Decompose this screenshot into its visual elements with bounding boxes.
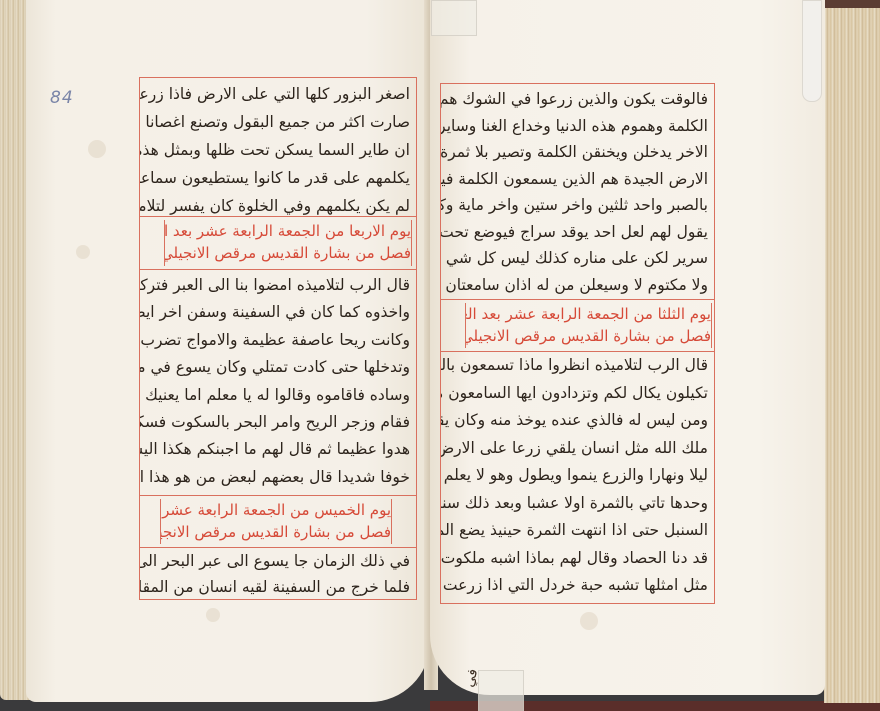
right-text-frame: فالوقت يكون والذين زرعوا في الشوك هم الذ… — [440, 83, 715, 604]
text-line: الكلمة وهموم هذه الدنيا وخداع الغنا وساي… — [441, 113, 714, 140]
left-rubric-1: يوم الاربعا من الجمعة الرابعة عشر بعد ال… — [140, 216, 416, 270]
text-line: ان طاير السما يسكن تحت ظلها وبمثل هذه ال… — [140, 136, 416, 164]
left-text-frame: اصغر البزور كلها التي على الارض فاذا زرع… — [139, 77, 417, 600]
paper-stain — [206, 608, 220, 622]
text-line: ليلا ونهارا والزرع ينموا ويطول وهو لا يع… — [441, 462, 714, 490]
bookmark-tab — [802, 0, 822, 102]
text-line: وحدها تاتي بالثمرة اولا عشبا وبعد ذلك سن… — [441, 490, 714, 518]
text-line: الارض الجيدة هم الذين يسمعون الكلمة فيقب… — [441, 166, 714, 193]
left-section-1: اصغر البزور كلها التي على الارض فاذا زرع… — [140, 80, 416, 220]
text-line: صارت اكثر من جميع البقول وتصنع اغصانا عظ… — [140, 108, 416, 136]
repair-tape-bottom — [478, 670, 524, 711]
right-section-1: فالوقت يكون والذين زرعوا في الشوك هم الذ… — [441, 86, 714, 298]
paper-stain — [580, 612, 598, 630]
text-line: وساده فاقاموه وقالوا له يا معلم اما يعني… — [140, 382, 416, 409]
text-line: قال الرب لتلاميذه امضوا بنا الى العبر فت… — [140, 272, 416, 299]
right-page-edges — [824, 8, 880, 703]
repair-tape-top — [431, 0, 477, 36]
left-rubric-2: يوم الخميس من الجمعة الرابعة عشر بعد الع… — [140, 495, 416, 548]
rubric-subheading: فصل من بشارة القديس مرقص الانجيلي — [161, 521, 391, 543]
text-line: تكيلون يكال لكم وتزدادون ايها السامعون م… — [441, 380, 714, 408]
right-rubric-1: يوم الثلثا من الجمعة الرابعة عشر بعد الع… — [441, 299, 714, 352]
right-section-2: قال الرب لتلاميذه انظروا ماذا تسمعون بال… — [441, 352, 714, 600]
text-line: بالصبر واحد ثلثين واخر ستين واخر ماية وك… — [441, 192, 714, 219]
text-line: اصغر البزور كلها التي على الارض فاذا زرع… — [140, 80, 416, 108]
text-line: في ذلك الزمان جا يسوع الى عبر البحر الى … — [140, 548, 416, 574]
text-line: سرير لكن على مناره كذلك ليس كل شي خفي لا… — [441, 245, 714, 272]
text-line: وكانت ريحا عاصفة عظيمة والامواج تضرب الس… — [140, 327, 416, 354]
text-line: فلما خرج من السفينة لقيه انسان من المقاب… — [140, 574, 416, 600]
text-line: يكلمهم على قدر ما كانوا يستطيعون سماعه و… — [140, 164, 416, 192]
text-line: قد دنا الحصاد وقال لهم بماذا اشبه ملكوت … — [441, 545, 714, 573]
text-line: يقول لهم لعل احد يوقد سراج فيوضع تحت مكي… — [441, 219, 714, 246]
text-line: ومن ليس له فالذي عنده يوخذ منه وكان يقول… — [441, 407, 714, 435]
manuscript-spread: 84 في اصغر البزور كلها التي على الارض فا… — [0, 0, 880, 711]
text-line: مثل امثلها تشبه حبة خردل التي اذا زرعت ع… — [441, 572, 714, 600]
rubric-subheading: فصل من بشارة القديس مرقص الانجيلي — [466, 325, 711, 347]
paper-stain — [88, 140, 106, 158]
text-line: هدوا عظيما ثم قال لهم ما اجبنكم هكذا الي… — [140, 436, 416, 463]
left-section-3: في ذلك الزمان جا يسوع الى عبر البحر الى … — [140, 548, 416, 600]
text-line: ولا مكتوم لا وسيعلن من له اذان سامعتان ف… — [441, 272, 714, 299]
rubric-heading: يوم الخميس من الجمعة الرابعة عشر بعد الع… — [161, 499, 391, 521]
text-line: السنبل حتى اذا انتهت الثمرة حينيذ يضع ال… — [441, 517, 714, 545]
text-line: واخذوه كما كان في السفينة وسفن اخر ايضا … — [140, 299, 416, 326]
text-line: فقام وزجر الريح وامر البحر بالسكوت فسكن … — [140, 409, 416, 436]
text-line: خوفا شديدا قال بعضهم لبعض من هو هذا الذي… — [140, 464, 416, 491]
text-line: قال الرب لتلاميذه انظروا ماذا تسمعون بال… — [441, 352, 714, 380]
left-section-2: قال الرب لتلاميذه امضوا بنا الى العبر فت… — [140, 272, 416, 491]
text-line: الاخر يدخلن ويخنقن الكلمة وتصير بلا ثمرة… — [441, 139, 714, 166]
text-line: وتدخلها حتى كادت تمتلي وكان يسوع في موخر… — [140, 354, 416, 381]
rubric-subheading: فصل من بشارة القديس مرقص الانجيلي — [165, 242, 411, 264]
rubric-heading: يوم الاربعا من الجمعة الرابعة عشر بعد ال… — [165, 220, 411, 242]
paper-stain — [76, 245, 90, 259]
text-line: فالوقت يكون والذين زرعوا في الشوك هم الذ… — [441, 86, 714, 113]
folio-number: 84 — [50, 88, 74, 108]
rubric-heading: يوم الثلثا من الجمعة الرابعة عشر بعد الع… — [466, 303, 711, 325]
text-line: ملك الله مثل انسان يلقي زرعا على الارض و… — [441, 435, 714, 463]
